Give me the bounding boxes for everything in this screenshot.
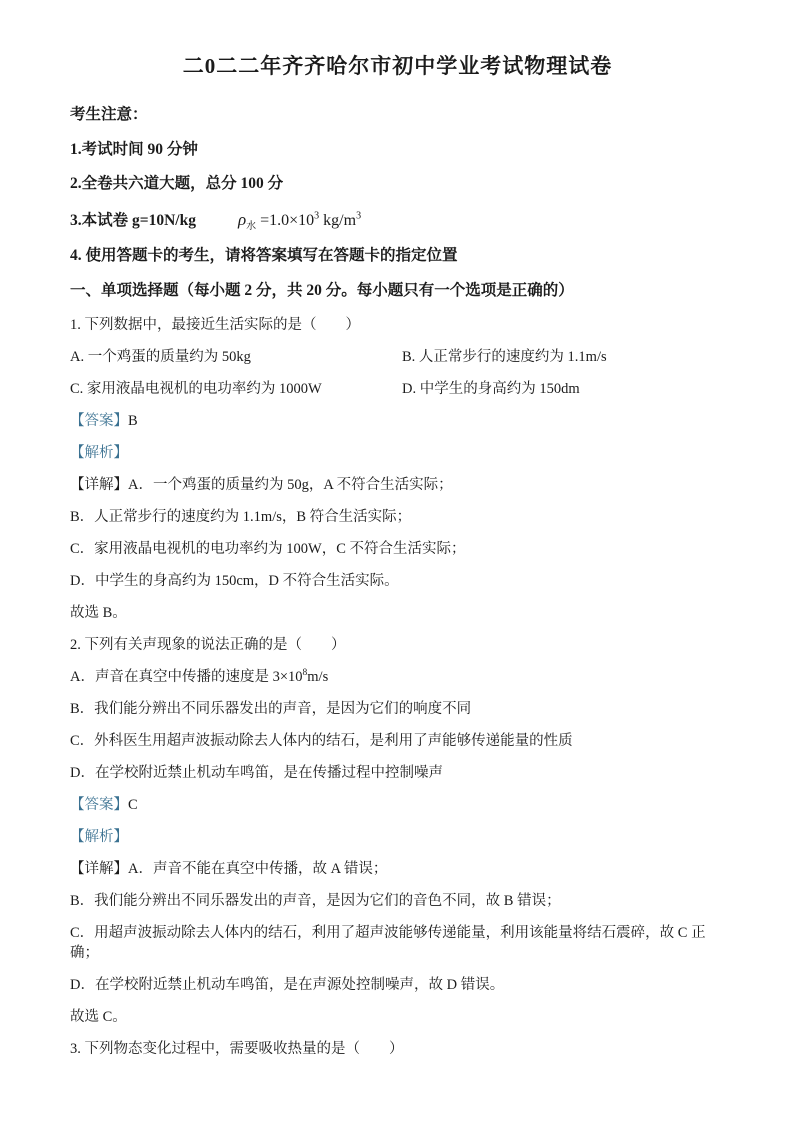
q2-detail-b: B．我们能分辨出不同乐器发出的声音，是因为它们的音色不同，故 B 错误； [70,891,725,911]
q2-option-a-text: A．声音在真空中传播的速度是 3×10 [70,669,303,685]
q1-detail-b: B．人正常步行的速度约为 1.1m/s，B 符合生活实际； [70,507,725,527]
q1-option-a: A. 一个鸡蛋的质量约为 50kg [70,347,402,367]
q3-stem: 3. 下列物态变化过程中，需要吸收热量的是（ ） [70,1039,725,1059]
section-1-heading: 一、单项选择题（每小题 2 分，共 20 分。每小题只有一个选项是正确的） [70,280,725,302]
notice-heading: 考生注意： [70,104,725,126]
q2-detail-c: C．用超声波振动除去人体内的结石，利用了超声波能够传递能量，利用该能量将结石震碎… [70,923,725,963]
q2-option-c: C．外科医生用超声波振动除去人体内的结石，是利用了声能够传递能量的性质 [70,731,725,751]
q2-analysis-line: 【解析】 [70,827,725,847]
rho-subscript-water: 水 [246,221,256,232]
q1-option-c: C. 家用液晶电视机的电功率约为 1000W [70,379,402,399]
q1-detail-a: 【详解】A．一个鸡蛋的质量约为 50g，A 不符合生活实际； [70,475,725,495]
notice-line-total-score: 2.全卷共六道大题，总分 100 分 [70,173,725,195]
formula-value: =1.0×10 [256,212,314,229]
water-density-formula: ρ水 =1.0×103 kg/m3 [238,208,361,232]
gravity-constant-text: 3.本试卷 g=10N/kg [70,210,196,232]
q2-detail-a: 【详解】A．声音不能在真空中传播，故 A 错误； [70,859,725,879]
q1-answer-line: 【答案】B [70,411,725,431]
q2-option-d: D．在学校附近禁止机动车鸣笛，是在传播过程中控制噪声 [70,763,725,783]
q1-option-b: B. 人正常步行的速度约为 1.1m/s [402,347,725,367]
analysis-label: 【解析】 [70,829,128,845]
q1-analysis-line: 【解析】 [70,443,725,463]
q2-answer-value: C [128,797,138,813]
q1-stem: 1. 下列数据中，最接近生活实际的是（ ） [70,315,725,335]
q1-answer-value: B [128,413,138,429]
formula-unit: kg/m [319,212,356,229]
q1-conclusion: 故选 B。 [70,603,725,623]
q2-option-a-unit: m/s [307,669,328,685]
q2-answer-line: 【答案】C [70,795,725,815]
q2-option-b: B．我们能分辨出不同乐器发出的声音，是因为它们的响度不同 [70,699,725,719]
answer-label: 【答案】 [70,797,128,813]
page-title: 二0二二年齐齐哈尔市初中学业考试物理试卷 [70,50,725,80]
q2-option-a: A．声音在真空中传播的速度是 3×108m/s [70,667,725,687]
q2-conclusion: 故选 C。 [70,1007,725,1027]
q1-detail-c: C．家用液晶电视机的电功率约为 100W，C 不符合生活实际； [70,539,725,559]
notice-line-answer-sheet: 4. 使用答题卡的考生，请将答案填写在答题卡的指定位置 [70,245,725,267]
notice-line-constants: 3.本试卷 g=10N/kg ρ水 =1.0×103 kg/m3 [70,208,725,232]
notice-line-exam-time: 1.考试时间 90 分钟 [70,139,725,161]
rho-symbol: ρ [238,210,246,229]
exam-paper-page: 二0二二年齐齐哈尔市初中学业考试物理试卷 考生注意： 1.考试时间 90 分钟 … [0,0,793,1122]
answer-label: 【答案】 [70,413,128,429]
q1-option-d: D. 中学生的身高约为 150dm [402,379,725,399]
q2-detail-d: D．在学校附近禁止机动车鸣笛，是在声源处控制噪声，故 D 错误。 [70,975,725,995]
formula-unit-exponent: 3 [356,211,361,222]
q1-detail-d: D．中学生的身高约为 150cm，D 不符合生活实际。 [70,571,725,591]
q2-stem: 2. 下列有关声现象的说法正确的是（ ） [70,635,725,655]
q1-options: A. 一个鸡蛋的质量约为 50kg B. 人正常步行的速度约为 1.1m/s C… [70,347,725,411]
analysis-label: 【解析】 [70,445,128,461]
